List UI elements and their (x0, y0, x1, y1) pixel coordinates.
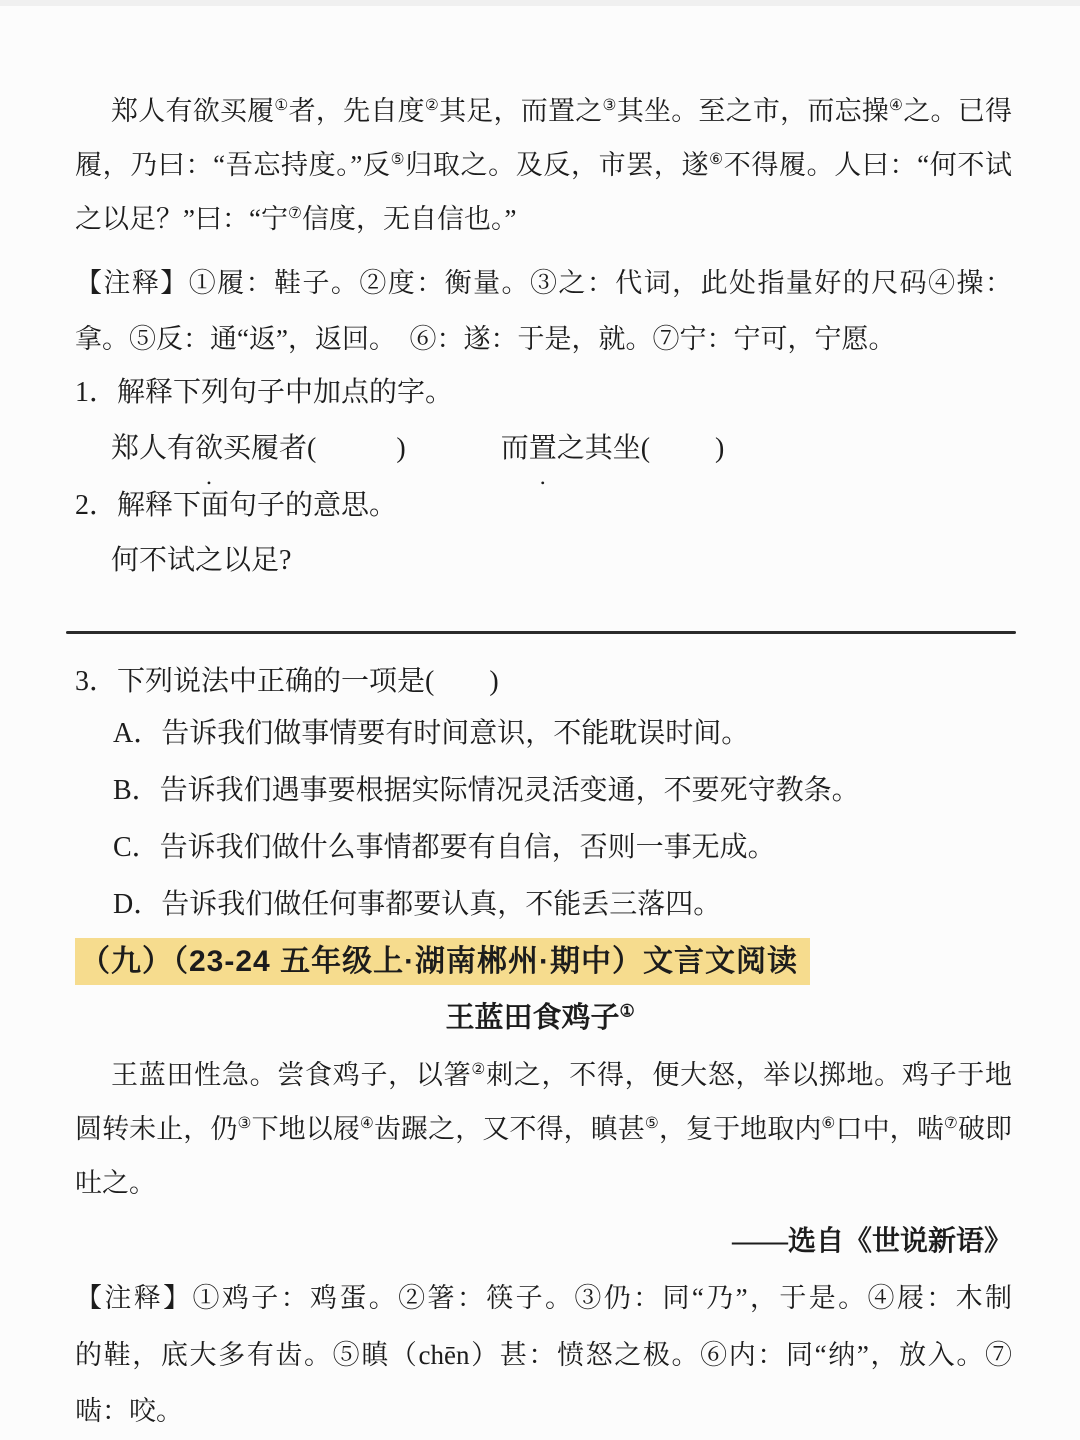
option-a: A．告诉我们做事情要有时间意识，不能耽误时间。 (113, 705, 1012, 762)
question-3-options: A．告诉我们做事情要有时间意识，不能耽误时间。 B．告诉我们遇事要根据实际情况灵… (75, 705, 1012, 933)
passage-1: 郑人有欲买履①者，先自度②其足，而置之③其坐。至之市，而忘操④之。已得 履，乃曰… (75, 84, 1012, 246)
question-3-label: 3．下列说法中正确的一项是() (75, 654, 1012, 710)
option-b: B．告诉我们遇事要根据实际情况灵活变通，不要死守教条。 (113, 762, 1012, 819)
passage-2: 王蓝田性急。尝食鸡子，以箸②刺之，不得，便大怒，举以掷地。鸡子于地 圆转未止，仍… (75, 1048, 1012, 1210)
section-heading: （九）（23-24 五年级上·湖南郴州·期中）文言文阅读 (75, 938, 810, 985)
passage-2-title: 王蓝田食鸡子① (0, 992, 1080, 1044)
notes-2-line: 【注释】①鸡子：鸡蛋。②箸：筷子。③仍：同“乃”，于是。④屐：木制 (75, 1270, 1012, 1327)
question-2-label: 2．解释下面句子的意思。 (75, 478, 1012, 534)
passage-1-line: 之以足？”曰：“宁⑦信度，无自信也。” (75, 192, 1012, 246)
option-c: C．告诉我们做什么事情都要有自信，否则一事无成。 (113, 819, 1012, 876)
worksheet-page: 郑人有欲买履①者，先自度②其足，而置之③其坐。至之市，而忘操④之。已得 履，乃曰… (0, 0, 1080, 1440)
passage-2-line: 圆转未止，仍③下地以屐④齿蹍之，又不得，瞋甚⑤，复于地取内⑥口中，啮⑦破即 (75, 1102, 1012, 1156)
section-divider (66, 631, 1016, 634)
page-top-strip (0, 0, 1080, 6)
source-attribution: ——选自《世说新语》 (75, 1214, 1012, 1270)
notes-2-line: 的鞋，底大多有齿。⑤瞋（chēn）甚：愤怒之极。⑥内：同“纳”，放入。⑦ (75, 1327, 1012, 1384)
notes-1-line: 【注释】①履：鞋子。②度：衡量。③之：代词，此处指量好的尺码④操： (75, 255, 1012, 311)
notes-2-line: 啮：咬。 (75, 1383, 1012, 1440)
question-1-label: 1．解释下列句子中加点的字。 (75, 365, 1012, 421)
notes-1-line: 拿。⑤反：通“返”，返回。 ⑥：遂：于是，就。⑦宁：宁可，宁愿。 (75, 311, 1012, 367)
notes-2: 【注释】①鸡子：鸡蛋。②箸：筷子。③仍：同“乃”，于是。④屐：木制 的鞋，底大多… (75, 1270, 1012, 1440)
passage-2-line: 吐之。 (75, 1156, 1012, 1210)
passage-1-line: 郑人有欲买履①者，先自度②其足，而置之③其坐。至之市，而忘操④之。已得 (75, 84, 1012, 138)
passage-2-line: 王蓝田性急。尝食鸡子，以箸②刺之，不得，便大怒，举以掷地。鸡子于地 (75, 1048, 1012, 1102)
option-d: D．告诉我们做任何事都要认真，不能丢三落四。 (113, 876, 1012, 933)
question-2-sentence: 何不试之以足? (75, 533, 1012, 589)
question-1-answer-blanks: 郑人有欲买履者()而置之其坐() (75, 421, 1012, 477)
notes-1: 【注释】①履：鞋子。②度：衡量。③之：代词，此处指量好的尺码④操： 拿。⑤反：通… (75, 255, 1012, 367)
passage-1-line: 履，乃曰：“吾忘持度。”反⑤归取之。及反，市罢，遂⑥不得履。人曰：“何不试 (75, 138, 1012, 192)
